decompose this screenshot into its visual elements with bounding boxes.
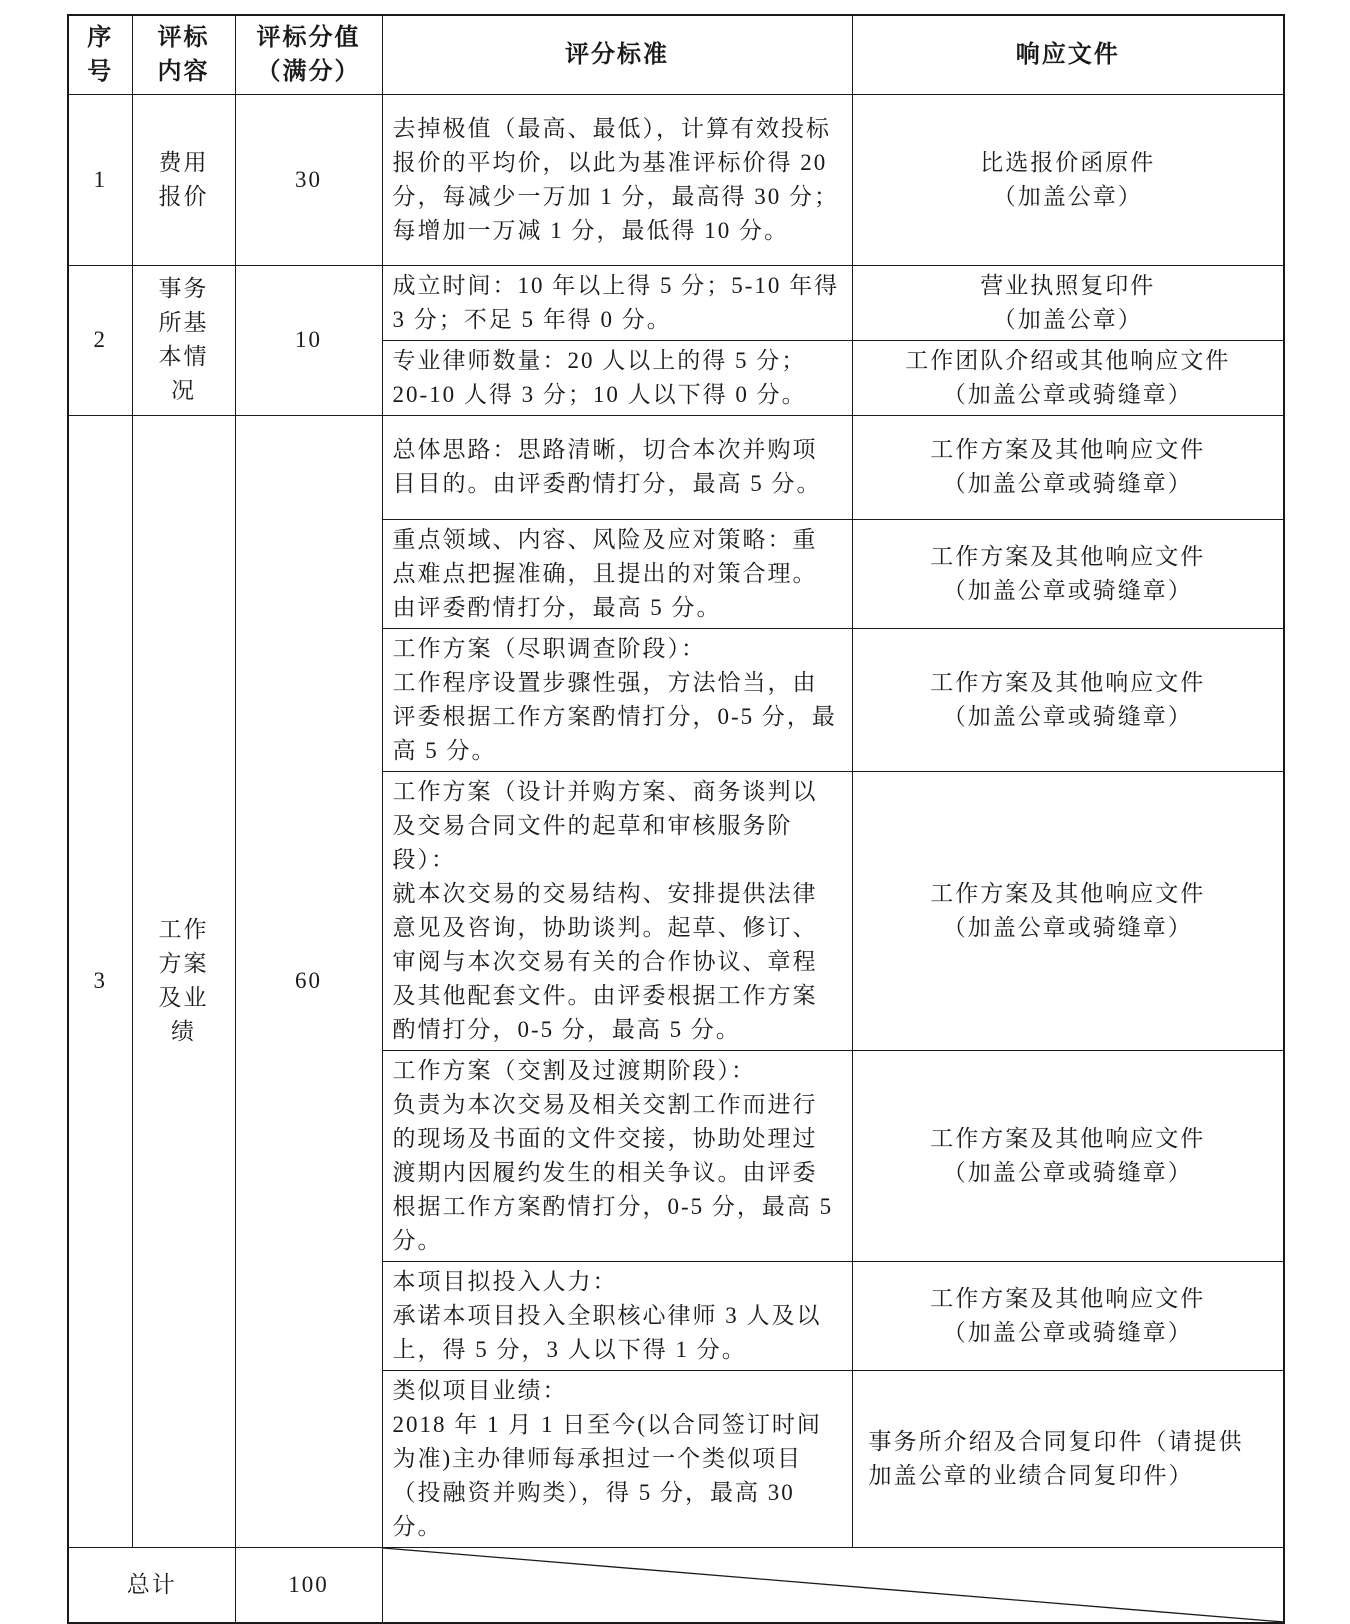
row3-response-3: 工作方案及其他响应文件 （加盖公章或骑缝章） <box>852 628 1284 771</box>
header-scoring-criteria: 评分标准 <box>382 15 852 94</box>
row1-content: 费用 报价 <box>132 94 235 265</box>
header-response-documents: 响应文件 <box>852 15 1284 94</box>
document-page: 序 号 评标 内容 评标分值 （满分） 评分标准 响应文件 1 费用 报价 30… <box>0 0 1350 1597</box>
row3-content: 工作 方案 及业 绩 <box>132 415 235 1547</box>
row3-response-1: 工作方案及其他响应文件 （加盖公章或骑缝章） <box>852 415 1284 519</box>
header-score-value: 评标分值 （满分） <box>235 15 382 94</box>
row3-score: 60 <box>235 415 382 1547</box>
row3-serial: 3 <box>68 415 132 1547</box>
diagonal-slash-line <box>383 1548 1284 1622</box>
row2-criteria-2: 专业律师数量：20 人以上的得 5 分；20-10 人得 3 分；10 人以下得… <box>382 340 852 415</box>
row3-response-4: 工作方案及其他响应文件 （加盖公章或骑缝章） <box>852 771 1284 1050</box>
row3-criteria-7: 类似项目业绩： 2018 年 1 月 1 日至今(以合同签订时间为准)主办律师每… <box>382 1370 852 1547</box>
header-evaluation-content: 评标 内容 <box>132 15 235 94</box>
row3-criteria-4: 工作方案（设计并购方案、商务谈判以及交易合同文件的起草和审核服务阶段）： 就本次… <box>382 771 852 1050</box>
row2-score: 10 <box>235 265 382 415</box>
row3-response-5: 工作方案及其他响应文件 （加盖公章或骑缝章） <box>852 1050 1284 1261</box>
table-row: 1 费用 报价 30 去掉极值（最高、最低），计算有效投标报价的平均价，以此为基… <box>68 94 1284 265</box>
total-row: 总计 100 <box>68 1547 1284 1623</box>
blank-diagonal-cell <box>382 1547 1284 1623</box>
row3-response-6: 工作方案及其他响应文件 （加盖公章或骑缝章） <box>852 1261 1284 1370</box>
table-row: 2 事务 所基 本情 况 10 成立时间：10 年以上得 5 分；5-10 年得… <box>68 265 1284 340</box>
row3-criteria-1: 总体思路：思路清晰，切合本次并购项目目的。由评委酌情打分，最高 5 分。 <box>382 415 852 519</box>
row1-response: 比选报价函原件 （加盖公章） <box>852 94 1284 265</box>
row2-response-2: 工作团队介绍或其他响应文件 （加盖公章或骑缝章） <box>852 340 1284 415</box>
table-row: 3 工作 方案 及业 绩 60 总体思路：思路清晰，切合本次并购项目目的。由评委… <box>68 415 1284 519</box>
row1-score: 30 <box>235 94 382 265</box>
row1-criteria: 去掉极值（最高、最低），计算有效投标报价的平均价，以此为基准评标价得 20 分，… <box>382 94 852 265</box>
row2-criteria-1: 成立时间：10 年以上得 5 分；5-10 年得 3 分；不足 5 年得 0 分… <box>382 265 852 340</box>
row3-response-2: 工作方案及其他响应文件 （加盖公章或骑缝章） <box>852 519 1284 628</box>
evaluation-table: 序 号 评标 内容 评标分值 （满分） 评分标准 响应文件 1 费用 报价 30… <box>67 14 1285 1624</box>
row3-criteria-2: 重点领域、内容、风险及应对策略：重点难点把握准确，且提出的对策合理。由评委酌情打… <box>382 519 852 628</box>
row1-serial: 1 <box>68 94 132 265</box>
row2-serial: 2 <box>68 265 132 415</box>
row3-criteria-5: 工作方案（交割及过渡期阶段）： 负责为本次交易及相关交割工作而进行的现场及书面的… <box>382 1050 852 1261</box>
row2-response-1: 营业执照复印件 （加盖公章） <box>852 265 1284 340</box>
total-label: 总计 <box>68 1547 235 1623</box>
header-serial-number: 序 号 <box>68 15 132 94</box>
row3-response-7: 事务所介绍及合同复印件（请提供加盖公章的业绩合同复印件） <box>852 1370 1284 1547</box>
row3-criteria-6: 本项目拟投入人力： 承诺本项目投入全职核心律师 3 人及以上，得 5 分，3 人… <box>382 1261 852 1370</box>
table-header-row: 序 号 评标 内容 评标分值 （满分） 评分标准 响应文件 <box>68 15 1284 94</box>
row3-criteria-3: 工作方案（尽职调查阶段）： 工作程序设置步骤性强，方法恰当，由评委根据工作方案酌… <box>382 628 852 771</box>
total-score: 100 <box>235 1547 382 1623</box>
row2-content: 事务 所基 本情 况 <box>132 265 235 415</box>
